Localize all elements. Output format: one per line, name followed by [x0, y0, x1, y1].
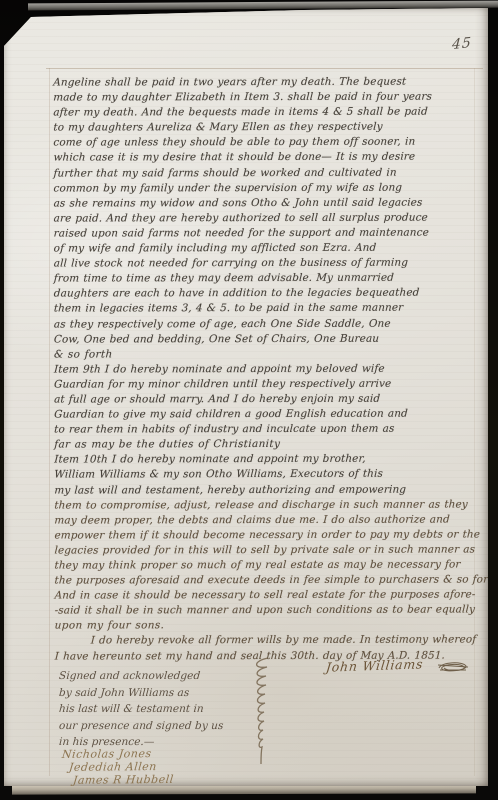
attestation-line: our presence and signed by us	[58, 718, 259, 735]
manuscript-line: common by my family under the supervisio…	[53, 180, 482, 196]
manuscript-line: further that my said farms should be wor…	[53, 165, 482, 181]
manuscript-line: them in legacies items 3, 4 & 5. to be p…	[53, 301, 482, 317]
attestation-clause: Signed and acknowledgedby said John Will…	[59, 668, 259, 751]
manuscript-line: which case it is my desire that it shoul…	[53, 150, 482, 166]
witness-signature: James R Hubbell	[61, 773, 262, 788]
manuscript-line: to my daughters Aureliza & Mary Ellen as…	[53, 120, 482, 136]
manuscript-line: them to compromise, adjust, release and …	[54, 497, 483, 513]
witness-signatures: Nicholas JonesJedediah AllenJames R Hubb…	[62, 748, 262, 787]
manuscript-line: -said it shall be in such manner and upo…	[54, 603, 483, 619]
manuscript-line: my last will and testament, hereby autho…	[54, 482, 483, 498]
manuscript-line: come of age unless they should be able t…	[53, 135, 482, 151]
manuscript-body: Angeline shall be paid in two years afte…	[53, 74, 483, 664]
manuscript-line: to rear them in habits of industry and i…	[54, 422, 483, 438]
manuscript-line: And in case it should be necessary to se…	[54, 588, 483, 604]
photo-frame: 45 Angeline shall be paid in two years a…	[0, 0, 498, 800]
manuscript-line: Guardian to give my said children a good…	[54, 407, 483, 423]
manuscript-line: upon my four sons.	[54, 618, 483, 634]
manuscript-line: as they respectively come of age, each O…	[54, 316, 483, 332]
manuscript-line: Guardian for my minor children until the…	[54, 376, 483, 392]
manuscript-line: from time to time as they may deem advis…	[53, 271, 482, 287]
manuscript-line: I do hereby revoke all former wills by m…	[54, 633, 483, 649]
attestation-line: Signed and acknowledged	[58, 668, 259, 685]
header-rule-line	[46, 68, 483, 69]
manuscript-line: at full age or should marry. And I do he…	[54, 391, 483, 407]
manuscript-line: empower them if it should become necessa…	[54, 527, 483, 543]
manuscript-line: the purposes aforesaid and execute deeds…	[54, 573, 483, 589]
seal-scribble	[436, 659, 470, 675]
manuscript-line: raised upon said farms not needed for th…	[53, 225, 482, 241]
manuscript-line: as she remains my widow and sons Otho & …	[53, 195, 482, 211]
manuscript-line: William Williams & my son Otho Williams,…	[54, 467, 483, 483]
attestation-line: his last will & testament in	[58, 701, 259, 718]
manuscript-line: & so forth	[54, 346, 483, 362]
manuscript-line: daughters are each to have in addition t…	[53, 286, 482, 302]
manuscript-line: Item 9th I do hereby nominate and appoin…	[54, 361, 483, 377]
document-page: 45 Angeline shall be paid in two years a…	[4, 8, 488, 786]
manuscript-line: Item 10th I do hereby nominate and appoi…	[54, 452, 483, 468]
manuscript-line: Cow, One bed and bedding, One Set of Cha…	[54, 331, 483, 347]
manuscript-line: may deem proper, the debts and claims du…	[54, 512, 483, 528]
manuscript-line: legacies provided for in this will to se…	[54, 542, 483, 558]
manuscript-line: made to my daughter Elizabeth in Item 3.…	[53, 90, 482, 106]
left-margin-line	[49, 68, 50, 776]
testator-signature: John Williams	[325, 656, 424, 674]
pen-flourish	[251, 656, 275, 768]
attestation-line: by said John Williams as	[58, 685, 259, 702]
manuscript-line: after my death. And the bequests made in…	[53, 105, 482, 121]
manuscript-line: far as may be the duties of Christianity	[54, 437, 483, 453]
manuscript-line: they may think proper so much of my real…	[54, 557, 483, 573]
manuscript-line: Angeline shall be paid in two years afte…	[53, 74, 482, 90]
manuscript-line: are paid. And they are hereby authorized…	[53, 210, 482, 226]
page-number: 45	[452, 35, 473, 53]
manuscript-line: of my wife and family including my affli…	[53, 240, 482, 256]
manuscript-line: all live stock not needed for carrying o…	[53, 256, 482, 272]
